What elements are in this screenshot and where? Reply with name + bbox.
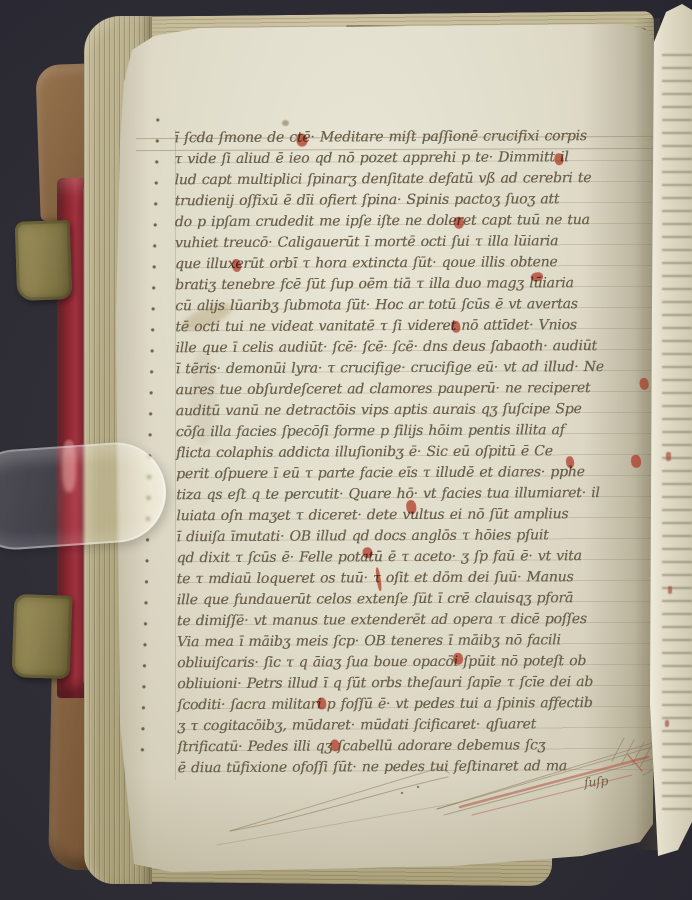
- text-line: τ vide ſi aliud ē ieo qd nō pozet appreh…: [174, 147, 658, 171]
- text-line: ille que ī celis audiūt· ſcē· ſcē· ſcē· …: [175, 336, 659, 360]
- text-line: flicta colaphis addicta illuſionibʒ ē· S…: [176, 441, 660, 465]
- text-line: vuhiet treucō· Caligauerūt ī mortē octi …: [175, 231, 659, 255]
- text-line: tē octi tui ne videat vanitatē τ ſi vide…: [175, 315, 659, 339]
- text-block: ī ſcda ſmone de ctē· Meditare miſt paſſi…: [174, 126, 661, 783]
- text-line: lud capt multiplici ſpinarʒ denſitate de…: [175, 168, 659, 192]
- text-line: aures tue obſurdeſceret ad clamores paup…: [176, 378, 660, 402]
- text-line: te τ mdiaū loqueret os tuū· τ oſit et dō…: [177, 567, 661, 591]
- text-line: do p ipſam crudedit me ipſe iſte ne dole…: [175, 210, 659, 234]
- text-line: que illuxerūt orbī τ hora extincta ſūt· …: [175, 252, 659, 276]
- facing-page-text-blur: [662, 52, 692, 820]
- facing-page-edge: [648, 4, 692, 860]
- text-line: luiata oſn maʒet τ diceret· dete vultus …: [176, 504, 660, 528]
- text-line: ī tēris· demonūi lyra· τ crucifige· cruc…: [176, 357, 660, 381]
- facing-page-rubric: [665, 720, 669, 727]
- facing-page-rubric: [668, 586, 672, 594]
- text-line: cōſa illa facies ſpecōſi forme p filijs …: [176, 420, 660, 444]
- text-line: bratiʒ tenebre fcē ſūt ſup oēm tiā τ ill…: [175, 273, 659, 297]
- manuscript-photo: ī ſcda ſmone de ctē· Meditare miſt paſſi…: [0, 0, 692, 900]
- text-line: te dimiſſē· vt manus tue extenderēt ad o…: [177, 609, 661, 633]
- text-line: obliuioni· Petrs illud ī q ſūt orbs theſ…: [177, 672, 661, 696]
- text-line: cū alijs lūaribʒ ſubmota ſūt· Hoc ar tot…: [175, 294, 659, 318]
- facing-page-rubric: [666, 452, 671, 461]
- text-line: auditū vanū ne detractōis vips aptis aur…: [176, 399, 660, 423]
- pencil-sketch: [212, 733, 670, 873]
- text-line: tiza qs eſt q te percutit· Quare hō· vt …: [176, 483, 660, 507]
- text-line: ī ſcda ſmone de ctē· Meditare miſt paſſi…: [174, 126, 658, 150]
- clasp-strap-bottom: [12, 594, 73, 679]
- text-line: ſcoditi· ſacra militari p foſſū ē· vt pe…: [177, 693, 661, 717]
- clasp-strap-top: [15, 220, 73, 301]
- text-line: qd dixit τ ſcūs ē· Felle potatū ē τ acet…: [176, 546, 660, 570]
- parchment-stain: [282, 120, 289, 126]
- text-line: ī diuiſa īmutati· OB illud qd docs anglō…: [176, 525, 660, 549]
- text-line: trudienij oſfixū ē dīi ofiert ſpina· Spi…: [175, 189, 659, 213]
- text-line: obliuiſcaris· ſic τ q āiaʒ ſua boue opac…: [177, 651, 661, 675]
- text-line: perit oſpuere ī eū τ parte facie eīs τ i…: [176, 462, 660, 486]
- text-line: ille que fundauerūt celos extenſe ſūt ī …: [177, 588, 661, 612]
- text-line: Via mea ī māibʒ meis ſcp· OB teneres ī m…: [177, 630, 661, 654]
